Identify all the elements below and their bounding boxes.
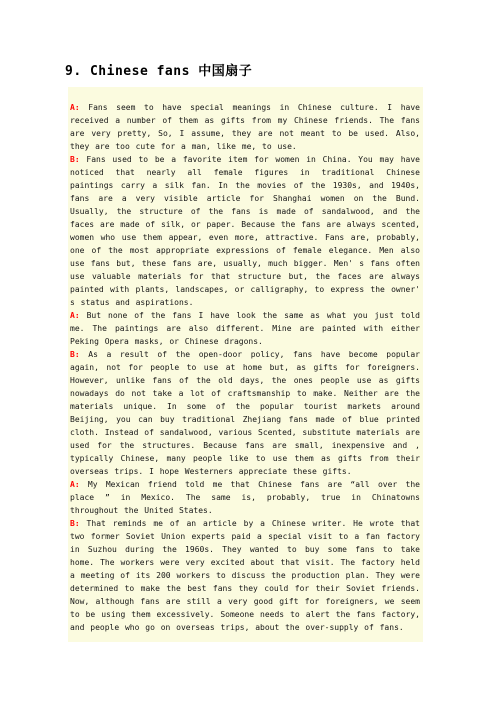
dialogue-paragraph: A: Fans seem to have special meanings in… xyxy=(70,101,420,153)
dialogue-paragraph: B: That reminds me of an article by a Ch… xyxy=(70,517,420,634)
speaker-label: B: xyxy=(70,155,80,164)
dialogue-text: Fans seem to have special meanings in Ch… xyxy=(70,103,420,151)
speaker-label: A: xyxy=(70,311,80,320)
speaker-label: A: xyxy=(70,480,80,489)
dialogue-paragraph: B: Fans used to be a favorite item for w… xyxy=(70,153,420,309)
speaker-label: A: xyxy=(70,103,80,112)
dialogue-panel: A: Fans seem to have special meanings in… xyxy=(68,87,423,642)
speaker-label: B: xyxy=(70,519,80,528)
lesson-title: 9. Chinese fans 中国扇子 xyxy=(65,60,252,79)
dialogue-text: But none of the fans I have look the sam… xyxy=(70,311,420,346)
dialogue-paragraph: A: But none of the fans I have look the … xyxy=(70,309,420,348)
dialogue-text: My Mexican friend told me that Chinese f… xyxy=(70,480,420,515)
document-page: 9. Chinese fans 中国扇子 A: Fans seem to hav… xyxy=(0,0,496,702)
dialogue-text: That reminds me of an article by a Chine… xyxy=(70,519,420,632)
dialogue-paragraph: A: My Mexican friend told me that Chines… xyxy=(70,478,420,517)
speaker-label: B: xyxy=(70,350,80,359)
dialogue-text: As a result of the open-door policy, fan… xyxy=(70,350,420,476)
dialogue-paragraph: B: As a result of the open-door policy, … xyxy=(70,348,420,478)
dialogue-text: Fans used to be a favorite item for wome… xyxy=(70,155,420,307)
